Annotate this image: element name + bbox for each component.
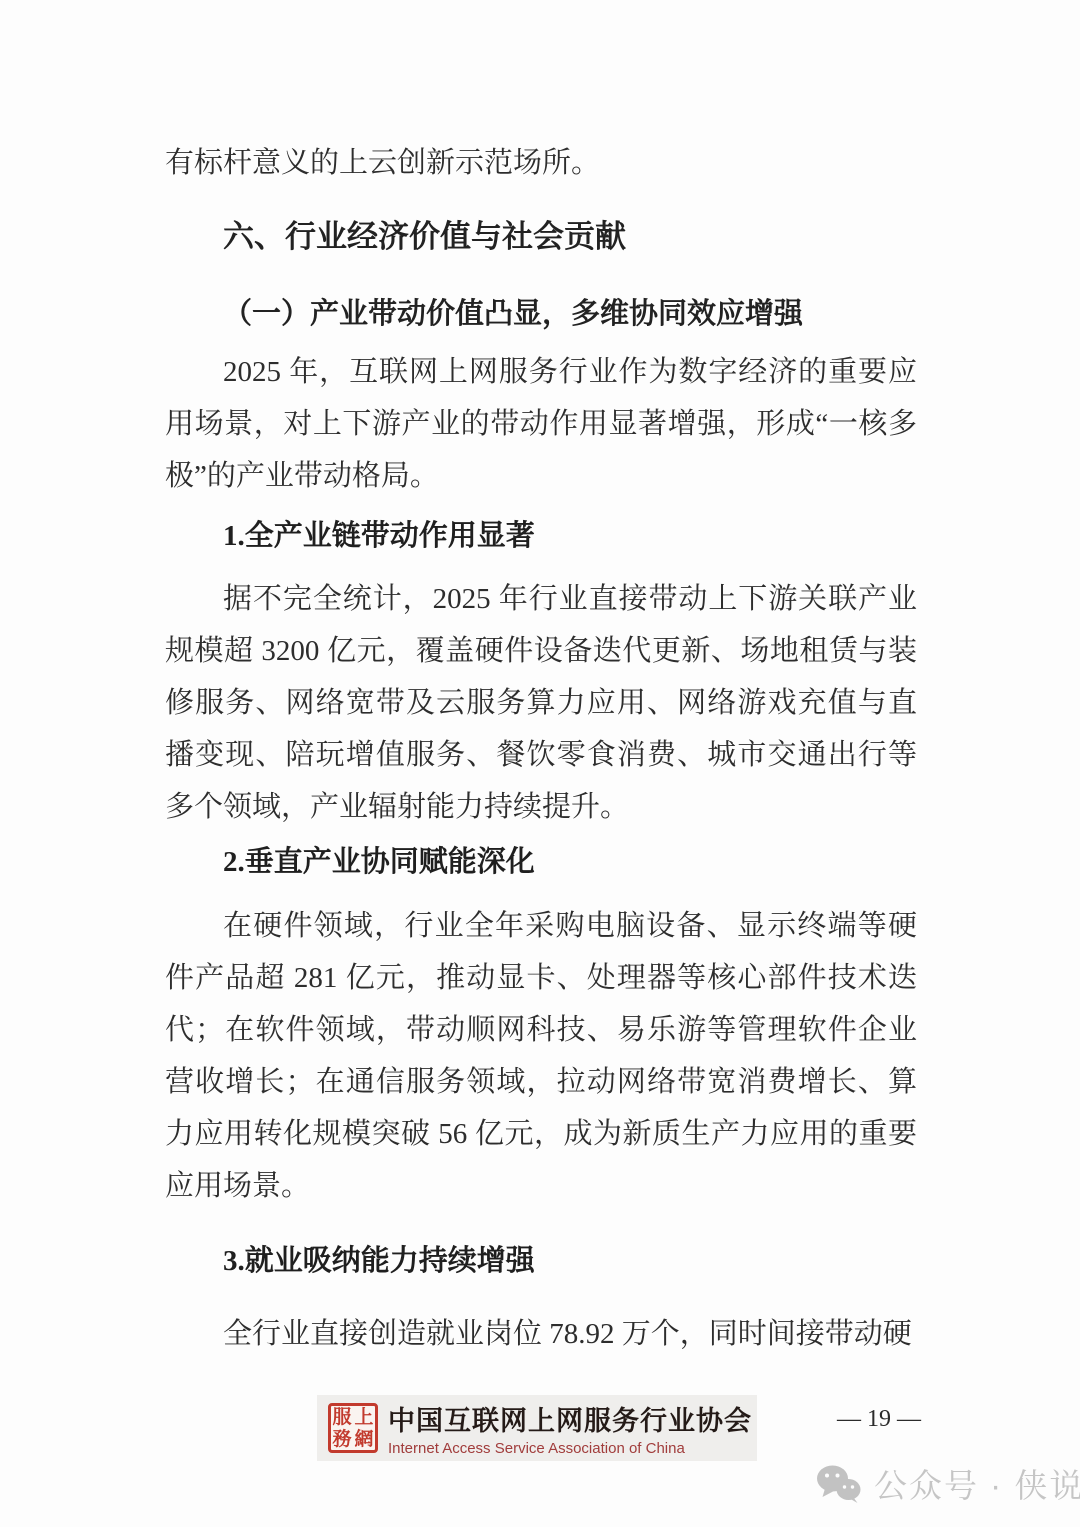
wechat-watermark: 公众号 · 侠说	[816, 1460, 1080, 1507]
paragraph-continuation: 有标杆意义的上云创新示范场所。	[165, 137, 917, 189]
numbered-heading-1: 1.全产业链带动作用显著	[165, 510, 917, 562]
paragraph: 据不完全统计，2025 年行业直接带动上下游关联产业规模超 3200 亿元，覆盖…	[165, 573, 917, 833]
watermark-label: 公众号 · 侠说	[874, 1460, 1080, 1507]
association-name-cn: 中国互联网上网服务行业协会	[388, 1399, 747, 1438]
document-page: 有标杆意义的上云创新示范场所。 六、行业经济价值与社会贡献 （一）产业带动价值凸…	[0, 0, 1080, 1527]
association-seal-icon: 服 上 務 網	[328, 1403, 378, 1453]
association-name: 中国互联网上网服务行业协会 Internet Access Service As…	[388, 1399, 747, 1457]
sub-heading: （一）产业带动价值凸显，多维协同效应增强	[165, 288, 917, 340]
numbered-heading-2: 2.垂直产业协同赋能深化	[165, 836, 917, 888]
association-name-en: Internet Access Service Association of C…	[388, 1440, 747, 1457]
paragraph: 在硬件领域，行业全年采购电脑设备、显示终端等硬件产品超 281 亿元，推动显卡、…	[165, 900, 917, 1212]
seal-char: 務	[331, 1428, 353, 1450]
paragraph: 全行业直接创造就业岗位 78.92 万个，同时间接带动硬	[165, 1308, 917, 1360]
association-logo: 服 上 務 網 中国互联网上网服务行业协会 Internet Access Se…	[317, 1395, 757, 1461]
paragraph: 2025 年，互联网上网服务行业作为数字经济的重要应用场景，对上下游产业的带动作…	[165, 346, 917, 502]
page-content: 有标杆意义的上云创新示范场所。 六、行业经济价值与社会贡献 （一）产业带动价值凸…	[165, 137, 917, 1360]
wechat-icon	[816, 1465, 862, 1503]
page-number: — 19 —	[836, 1406, 922, 1433]
seal-char: 上	[353, 1406, 375, 1428]
numbered-heading-3: 3.就业吸纳能力持续增强	[165, 1235, 917, 1287]
seal-char: 服	[331, 1406, 353, 1428]
section-heading: 六、行业经济价值与社会贡献	[165, 211, 917, 263]
seal-char: 網	[353, 1428, 375, 1450]
